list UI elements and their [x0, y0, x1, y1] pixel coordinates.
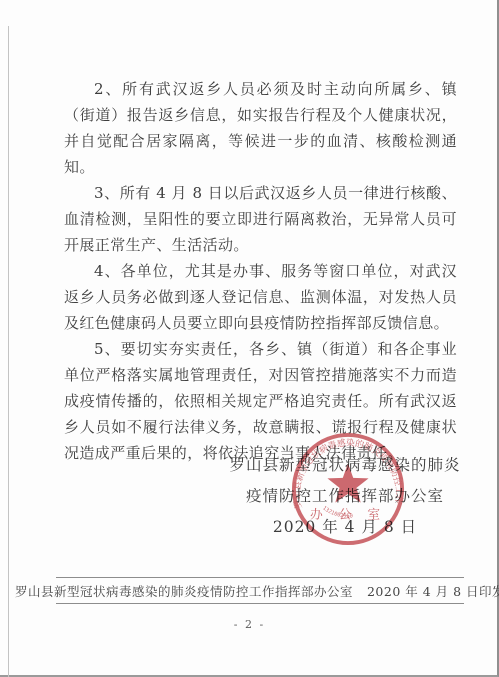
scan-left-edge-line — [8, 26, 9, 677]
colophon-print-date: 2020 年 4 月 8 日印发 — [367, 582, 499, 600]
seal-star-icon — [327, 463, 368, 502]
paragraph-4: 4、各单位，尤其是办事、服务等窗口单位，对武汉返乡人员务必做到逐人登记信息、监测… — [64, 258, 457, 336]
paragraph-2: 2、所有武汉返乡人员必须及时主动向所属乡、镇（街道）报告返乡信息，如实报告行程及… — [64, 76, 457, 180]
colophon-band: 罗山县新型冠状病毒感染的肺炎疫情防控工作指挥部办公室 2020 年 4 月 8 … — [56, 577, 464, 604]
official-seal-stamp: 罗山县新型冠状病毒感染的肺炎疫情防控工作指挥部 办 公 室 1321002950 — [289, 430, 407, 548]
document-body: 2、所有武汉返乡人员必须及时主动向所属乡、镇（街道）报告返乡信息，如实报告行程及… — [64, 76, 457, 466]
paragraph-3: 3、所有 4 月 8 日以后武汉返乡人员一律进行核酸、血清检测，呈阳性的要立即进… — [64, 180, 457, 258]
page-number: - 2 - — [0, 618, 499, 631]
colophon-issuer: 罗山县新型冠状病毒感染的肺炎疫情防控工作指挥部办公室 — [15, 582, 353, 600]
seal-icon: 罗山县新型冠状病毒感染的肺炎疫情防控工作指挥部 办 公 室 1321002950 — [289, 430, 407, 548]
